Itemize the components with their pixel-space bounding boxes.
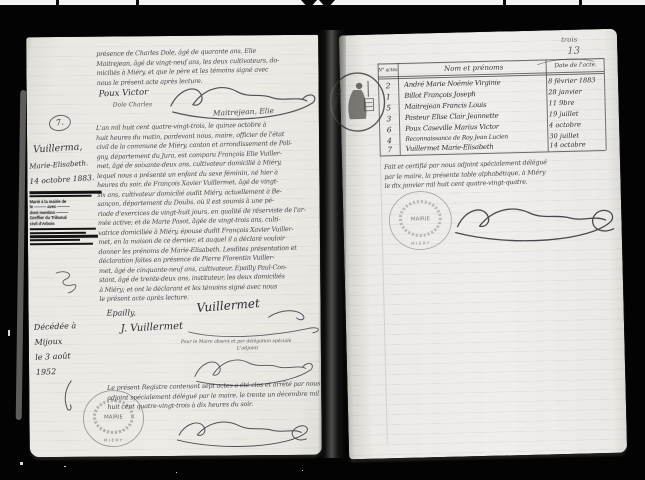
- signature-j-vuillermet: J. Vuillermet: [121, 321, 184, 335]
- table-certification-text: Fait et certifié par nous adjoint spécia…: [384, 156, 611, 191]
- svg-text:MIERY: MIERY: [411, 240, 431, 245]
- film-marker-triangle: [319, 0, 335, 9]
- cell-date: 14 octobre: [550, 140, 606, 149]
- mairie-stamp-left: MAIRIE MIERY: [81, 388, 146, 449]
- cell-act-number: 2: [378, 81, 398, 90]
- microfilm-frame: présence de Charles Dole, âgé de quarant…: [0, 0, 645, 480]
- dust-speck: [8, 330, 10, 336]
- stamp-print-bar: [30, 232, 86, 234]
- corner-word: trois: [561, 36, 577, 44]
- dust-speck: [176, 472, 177, 473]
- signature-poux-victor: Poux Victor: [98, 87, 148, 99]
- signature-j-vuillermet-tail: [187, 323, 327, 340]
- margin-death-note: Décédée à Mijoux le 3 août 1952: [34, 318, 79, 380]
- register-right-page: trois 13 TIMBRE N° actes: [339, 29, 627, 460]
- svg-text:MIERY: MIERY: [104, 437, 124, 442]
- dust-speck: [302, 470, 303, 471]
- cell-name: André Marie Noémie Virginie: [404, 77, 544, 88]
- col-header-name: Nom et prénoms: [404, 62, 544, 73]
- act-number-badge: 7.: [48, 113, 73, 133]
- stamp-print-bar: [30, 190, 102, 194]
- film-tick-mark: [503, 0, 506, 5]
- col-header-num: N° actes: [378, 68, 398, 73]
- cell-act-number: 5: [379, 103, 399, 112]
- film-tick-mark: [579, 0, 582, 5]
- cell-act-number: 7: [380, 145, 400, 154]
- cell-date: 30 juillet: [549, 131, 605, 140]
- signature-epailly: Epailly.: [107, 308, 136, 317]
- register-left-page: présence de Charles Dole, âgé de quarant…: [26, 35, 322, 458]
- margin-date-line: 14 octobre 1883.: [29, 173, 94, 186]
- stamp-print-bar: [30, 195, 92, 198]
- signature-dole-charles: Dole Charles: [113, 101, 152, 108]
- stamp-print-bar: [30, 243, 93, 246]
- margin-paraph-squiggle: [52, 269, 84, 297]
- page-edge-sliver: [16, 90, 27, 420]
- cell-date: 19 juillet: [549, 109, 605, 118]
- cell-act-number: 3: [379, 114, 399, 123]
- margin-name-line2: Marie-Elisabeth.: [29, 159, 88, 171]
- cell-act-number: 6: [379, 125, 399, 134]
- cell-date: 11 9bre: [548, 98, 604, 107]
- margin-death-paraph: [57, 381, 77, 413]
- stamp-print-bar: [30, 228, 96, 231]
- svg-text:MAIRIE: MAIRIE: [411, 216, 431, 222]
- stamp-print-bar: [30, 239, 80, 241]
- mairie-stamp-right: MAIRIE MIERY: [387, 189, 454, 253]
- margin-name-line1: Vuillerma,: [33, 142, 83, 156]
- cell-date: 8 février 1883: [548, 76, 604, 85]
- cell-date: 4 octobre: [549, 120, 605, 129]
- stamp-print-bar: [30, 235, 98, 238]
- film-tick-mark: [56, 0, 59, 5]
- birth-act-text: L'an mil huit cent quatre-vingt-trois, l…: [96, 119, 328, 304]
- signature-flourish-barbaud-4: [447, 193, 620, 247]
- cell-date: 28 janvier: [548, 87, 604, 96]
- col-header-date: Date de l'acte.: [548, 62, 604, 69]
- dust-speck: [64, 466, 66, 467]
- signature-flourish-barbaud-3: [157, 411, 327, 450]
- cell-act-number: 1: [378, 92, 398, 101]
- film-marker-triangle: [301, 0, 317, 9]
- stamp-print-text: Marié à la mairie de le ——— avec ——— don…: [30, 198, 102, 227]
- delegation-note-line1: Pour le Maire absent et par délégation s…: [181, 339, 292, 345]
- marginal-mention-stamp: Marié à la mairie de le ——— avec ——— don…: [29, 189, 102, 268]
- film-tick-mark: [136, 0, 139, 5]
- book-spine: [318, 30, 346, 458]
- dust-speck: [20, 462, 23, 465]
- alphabetical-table: N° actes Nom et prénoms Date de l'acte. …: [378, 58, 606, 155]
- svg-text:MAIRIE: MAIRIE: [104, 414, 124, 420]
- signature-vuillermet-swash: [267, 307, 309, 323]
